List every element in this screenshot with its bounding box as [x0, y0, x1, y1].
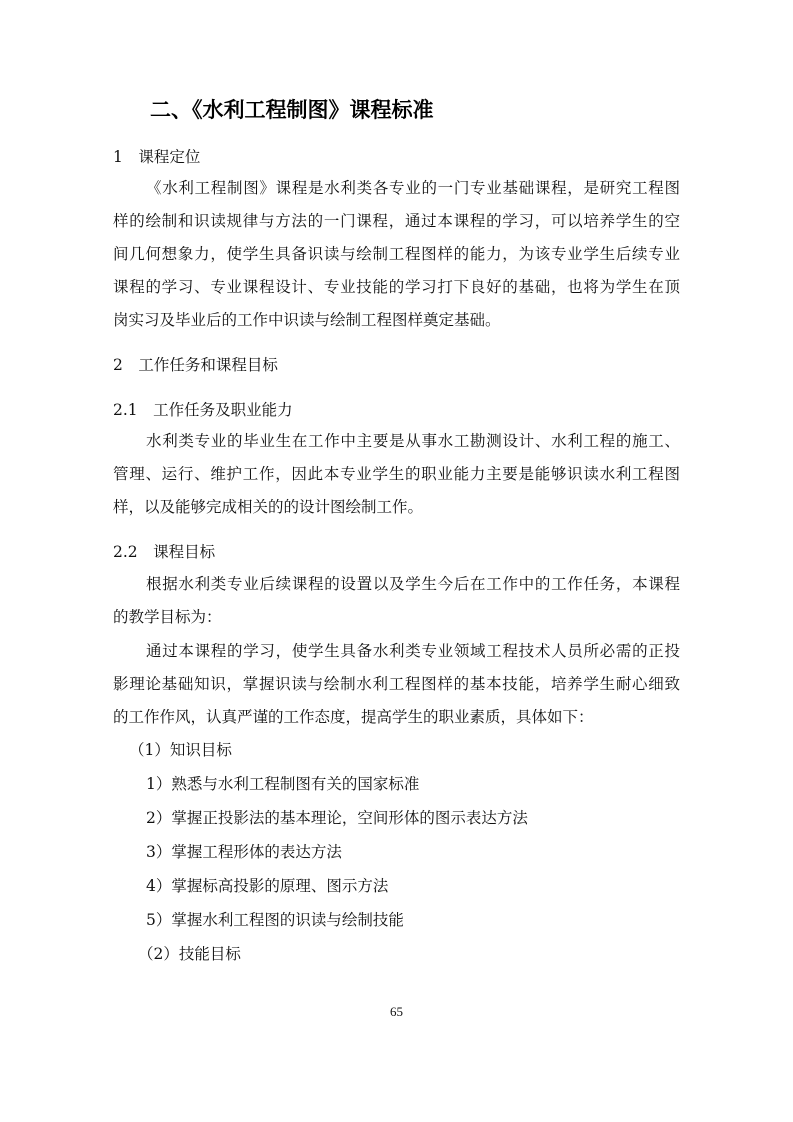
section-heading-1: 1 课程定位 [113, 147, 200, 167]
section-heading-2-1: 2.1 工作任务及职业能力 [113, 400, 293, 420]
paragraph-line: 样的绘制和识读规律与方法的一门课程，通过本课程的学习，可以培养学生的空 [113, 211, 680, 231]
list-item: 4）掌握标高投影的原理、图示方法 [146, 876, 388, 896]
list-item: 1）熟悉与水利工程制图有关的国家标准 [146, 774, 419, 794]
paragraph-line: 管理、运行、维护工作，因此本专业学生的职业能力主要是能够识读水利工程图 [113, 464, 680, 484]
list-item: 5）掌握水利工程图的识读与绘制技能 [146, 910, 404, 930]
paragraph-line: 通过本课程的学习，使学生具备水利类专业领域工程技术人员所必需的正投 [146, 641, 680, 661]
paragraph-line: 课程的学习、专业课程设计、专业技能的学习打下良好的基础，也将为学生在顶 [113, 277, 680, 297]
paragraph-line: 水利类专业的毕业生在工作中主要是从事水工勘测设计、水利工程的施工、 [146, 431, 680, 451]
paragraph-line: 影理论基础知识，掌握识读与绘制水利工程图样的基本技能，培养学生耐心细致 [113, 674, 680, 694]
page-number: 65 [0, 1004, 793, 1020]
list-item: 2）掌握正投影法的基本理论，空间形体的图示表达方法 [146, 808, 528, 828]
paragraph-line: 岗实习及毕业后的工作中识读与绘制工程图样奠定基础。 [113, 310, 501, 330]
page-title: 二、《水利工程制图》课程标准 [150, 96, 434, 124]
section-heading-2-2: 2.2 课程目标 [113, 542, 215, 562]
paragraph-line: 的工作作风，认真严谨的工作态度，提高学生的职业素质，具体如下： [113, 707, 594, 727]
section-heading-2: 2 工作任务和课程目标 [113, 355, 278, 375]
list-item: 3）掌握工程形体的表达方法 [146, 842, 342, 862]
paragraph-line: 样，以及能够完成相关的的设计图绘制工作。 [113, 497, 423, 517]
paragraph-line: 间几何想象力，使学生具备识读与绘制工程图样的能力，为该专业学生后续专业 [113, 244, 680, 264]
knowledge-goals-heading: （1）知识目标 [129, 740, 232, 760]
paragraph-line: 《水利工程制图》课程是水利类各专业的一门专业基础课程，是研究工程图 [146, 178, 680, 198]
paragraph-line: 根据水利类专业后续课程的设置以及学生今后在工作中的工作任务，本课程 [146, 574, 680, 594]
skill-goals-heading: （2）技能目标 [138, 944, 241, 964]
paragraph-line: 的教学目标为： [113, 607, 222, 627]
